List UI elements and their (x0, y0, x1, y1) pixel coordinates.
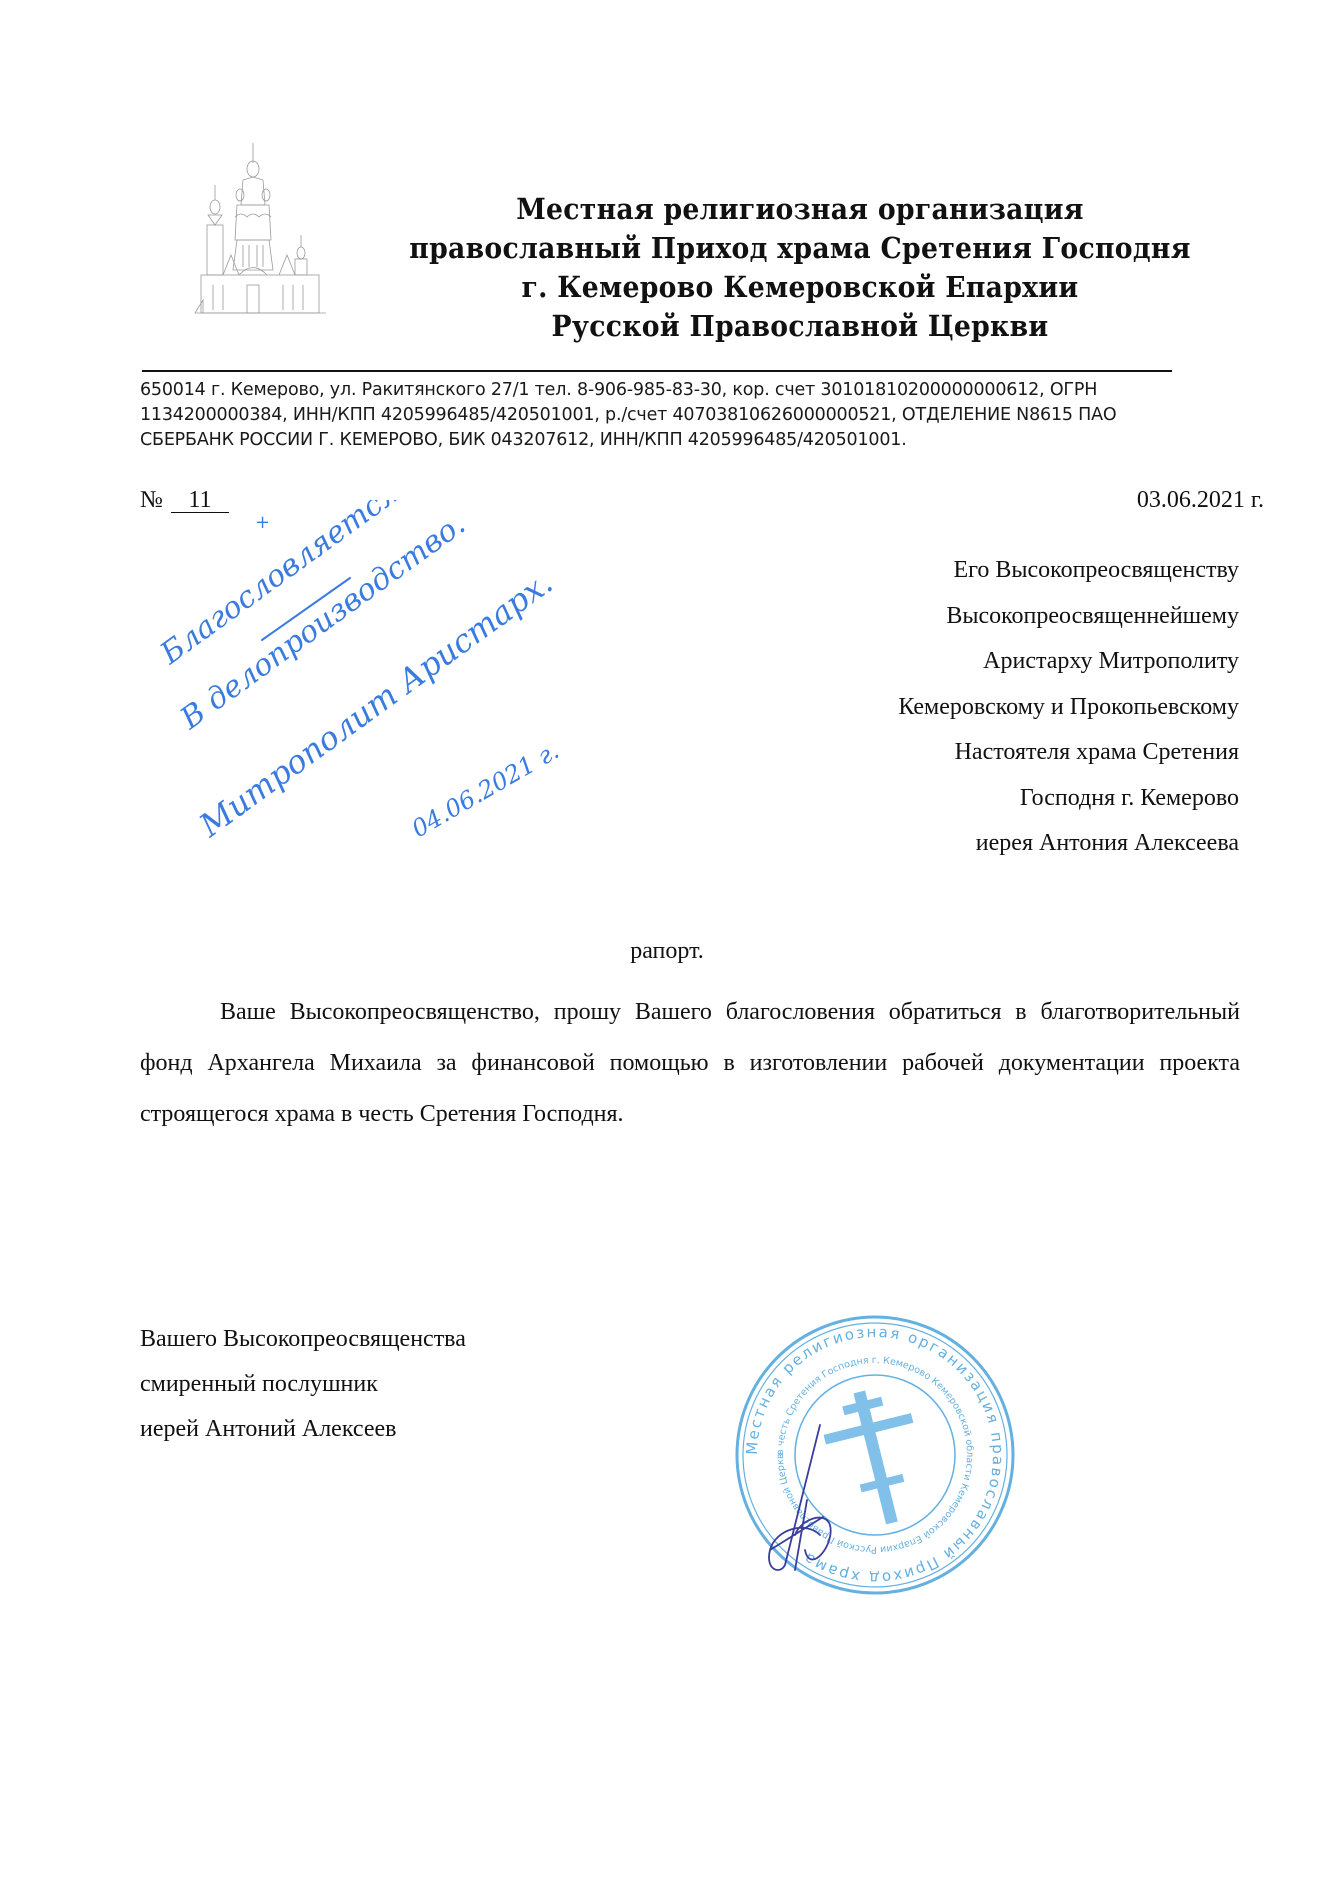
orthodox-cross-icon (824, 1390, 914, 1524)
addressee-line: Аристарху Митрополиту (898, 639, 1239, 685)
church-logo (193, 135, 328, 315)
closing-line: иерей Антоний Алексеев (140, 1407, 466, 1452)
organization-title: Местная религиозная организация правосла… (395, 190, 1205, 346)
requisites-line: 650014 г. Кемерово, ул. Ракитянского 27/… (140, 378, 1270, 403)
org-title-line: г. Кемерово Кемеровской Епархии (395, 268, 1205, 307)
document-title: рапорт. (0, 938, 1334, 965)
requisites-line: СБЕРБАНК РОССИИ Г. КЕМЕРОВО, БИК 0432076… (140, 428, 1270, 453)
stamp-seal-icon: Местная религиозная организация правосла… (725, 1305, 1025, 1605)
document-body: Ваше Высокопреосвященство, прошу Вашего … (140, 987, 1240, 1140)
document-date: 03.06.2021 г. (1137, 487, 1264, 514)
addressee-line: Господня г. Кемерово (898, 776, 1239, 822)
official-stamp: Местная религиозная организация правосла… (725, 1305, 1025, 1605)
addressee-block: Его Высокопреосвященству Высокопреосвяще… (898, 548, 1239, 867)
closing-block: Вашего Высокопреосвященства смиренный по… (140, 1317, 466, 1452)
addressee-line: Высокопреосвященнейшему (898, 594, 1239, 640)
addressee-line: Кемеровскому и Прокопьевскому (898, 685, 1239, 731)
header-divider (142, 370, 1172, 372)
org-title-line: Русской Православной Церкви (395, 307, 1205, 346)
cross-mark: + (255, 512, 270, 533)
closing-line: Вашего Высокопреосвященства (140, 1317, 466, 1362)
requisites-line: 1134200000384, ИНН/КПП 4205996485/420501… (140, 403, 1270, 428)
handwriting-icon: + Благословляется. В делопроизводство. М… (150, 500, 610, 860)
resolution-line-4: 04.06.2021 г. (407, 737, 564, 844)
closing-line: смиренный послушник (140, 1362, 466, 1407)
organization-requisites: 650014 г. Кемерово, ул. Ракитянского 27/… (140, 378, 1270, 453)
church-drawing-icon (193, 135, 328, 315)
handwritten-resolution: + Благословляется. В делопроизводство. М… (150, 500, 610, 860)
addressee-line: иерея Антония Алексеева (898, 821, 1239, 867)
org-title-line: православный Приход храма Сретения Госпо… (395, 229, 1205, 268)
org-title-line: Местная религиозная организация (395, 190, 1205, 229)
addressee-line: Настоятеля храма Сретения (898, 730, 1239, 776)
addressee-line: Его Высокопреосвященству (898, 548, 1239, 594)
